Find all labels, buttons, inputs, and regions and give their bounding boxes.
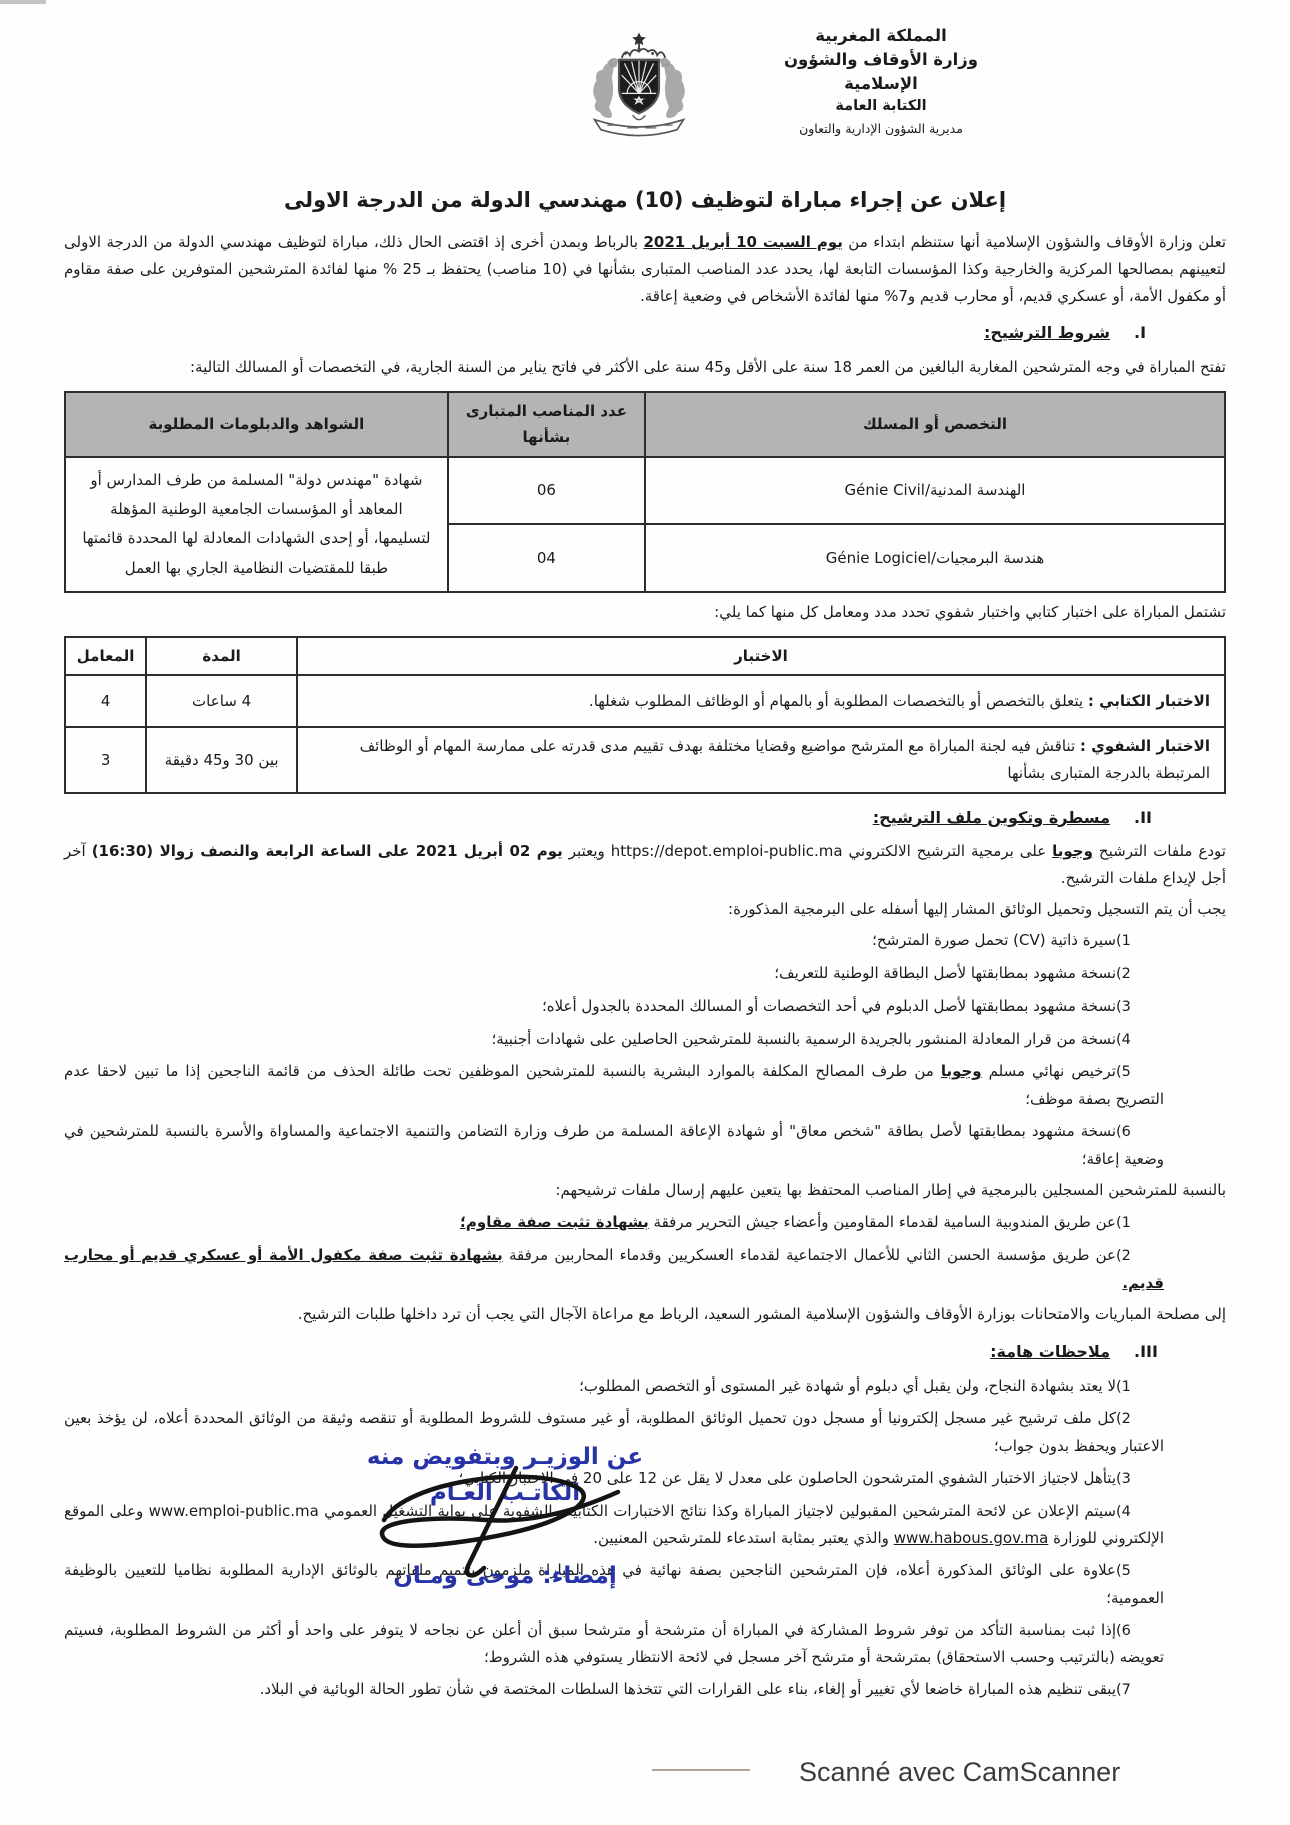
specialty-cell: هندسة البرمجيات/Génie Logiciel bbox=[645, 524, 1225, 592]
exam-desc-cell: الاختبار الكتابي : يتعلق بالتخصص أو بالت… bbox=[297, 675, 1225, 727]
list-item: (7يبقى تنظيم هذه المباراة خاضعا لأي تغيي… bbox=[64, 1676, 1164, 1704]
item-number: (6 bbox=[1116, 1619, 1164, 1645]
posts-cell: 06 bbox=[448, 457, 645, 525]
section-1-heading: .I شروط الترشيح: bbox=[64, 319, 1226, 347]
section-3-number: .III bbox=[1134, 1338, 1164, 1366]
item-number: (2 bbox=[1116, 962, 1164, 988]
section-1-title: شروط الترشيح: bbox=[984, 319, 1110, 347]
section-2-number: .II bbox=[1134, 804, 1164, 832]
signature-delegation-line: عن الوزيـر وبتفويض منه bbox=[328, 1440, 682, 1476]
employment-portal-url: www.emploi-public.ma bbox=[149, 1502, 319, 1520]
col-coef: المعامل bbox=[65, 637, 146, 676]
list-item: (6نسخة مشهود بمطابقتها لأصل بطاقة "شخص م… bbox=[64, 1118, 1164, 1172]
ministry-website-url: www.habous.gov.ma bbox=[894, 1529, 1049, 1547]
directorate-name: مديرية الشؤون الإدارية والتعاون bbox=[748, 120, 1014, 138]
kingdom-name: المملكة المغربية bbox=[748, 24, 1014, 48]
exams-header-row: الاختبار المدة المعامل bbox=[65, 637, 1225, 676]
list-item: (6إذا ثبت بمناسبة التأكد من توفر شروط ال… bbox=[64, 1617, 1164, 1671]
table-row: الاختبار الشفوي : تناقش فيه لجنة المبارا… bbox=[65, 727, 1225, 792]
coef-cell: 4 bbox=[65, 675, 146, 727]
exams-table: الاختبار المدة المعامل الاختبار الكتابي … bbox=[64, 636, 1226, 794]
ministry-name: وزارة الأوقاف والشؤون الإسلامية bbox=[748, 48, 1014, 96]
item-text: عن طريق المندوبية السامية لقدماء المقاوم… bbox=[649, 1213, 1116, 1231]
camscanner-watermark: Scanné avec CamScanner bbox=[799, 1757, 1120, 1788]
item-number: (1 bbox=[1116, 1375, 1164, 1401]
item-text: ترخيص نهائي مسلم bbox=[982, 1062, 1116, 1080]
moroccan-coat-of-arms-icon bbox=[580, 30, 698, 153]
item-emphasis: بشهادة تثبت صفة مقاوم؛ bbox=[460, 1213, 649, 1231]
item-number: (3 bbox=[1116, 1467, 1164, 1493]
intro-paragraph: تعلن وزارة الأوقاف والشؤون الإسلامية أنه… bbox=[64, 229, 1226, 309]
announcement-title: إعلان عن إجراء مباراة لتوظيف (10) مهندسي… bbox=[64, 182, 1226, 219]
duration-cell: 4 ساعات bbox=[146, 675, 297, 727]
section-2-heading: .II مسطرة وتكوين ملف الترشيح: bbox=[64, 804, 1226, 832]
item-text: نسخة من قرار المعادلة المنشور بالجريدة ا… bbox=[491, 1030, 1116, 1048]
item-text: لا يعتد بشهادة النجاح، ولن يقبل أي دبلوم… bbox=[579, 1377, 1116, 1395]
item-number: (4 bbox=[1116, 1500, 1164, 1526]
list-item: (2نسخة مشهود بمطابقتها لأصل البطاقة الوط… bbox=[64, 960, 1164, 988]
exam-desc: يتعلق بالتخصص أو بالتخصصات المطلوبة أو ب… bbox=[589, 692, 1083, 710]
application-portal-url: https://depot.emploi-public.ma bbox=[611, 842, 843, 860]
submission-text: ويعتبر bbox=[563, 842, 611, 860]
eligibility-lead: تفتح المباراة في وجه المترشحين المغاربة … bbox=[64, 354, 1226, 381]
table-row: الهندسة المدنية/Génie Civil 06 شهادة "مه… bbox=[65, 457, 1225, 525]
col-posts: عدد المناصب المتبارى بشأنها bbox=[448, 392, 645, 457]
section-2-title: مسطرة وتكوين ملف الترشيح: bbox=[873, 804, 1110, 832]
duration-cell: بين 30 و45 دقيقة bbox=[146, 727, 297, 792]
exam-date: يوم السبت 10 أبريل 2021 bbox=[643, 233, 842, 251]
signatory-name: إمضاء: موحى ومـان bbox=[328, 1559, 682, 1595]
specialties-header-row: التخصص أو المسلك عدد المناصب المتبارى بش… bbox=[65, 392, 1225, 457]
submission-paragraph: تودع ملفات الترشيح وجوبا على برمجية التر… bbox=[64, 838, 1226, 891]
list-item: (1سيرة ذاتية (CV) تحمل صورة المترشح؛ bbox=[64, 927, 1164, 955]
diplomas-cell: شهادة "مهندس دولة" المسلمة من طرف المدار… bbox=[65, 457, 448, 592]
col-diplomas: الشواهد والدبلومات المطلوبة bbox=[65, 392, 448, 457]
submission-text: على برمجية الترشيح الالكتروني bbox=[843, 842, 1053, 860]
deadline-date: يوم 02 أبريل 2021 على الساعة الرابعة وال… bbox=[92, 842, 563, 860]
exam-label: الاختبار الكتابي : bbox=[1088, 692, 1210, 710]
list-item: (2عن طريق مؤسسة الحسن الثاني للأعمال الا… bbox=[64, 1242, 1164, 1296]
item-number: (4 bbox=[1116, 1028, 1164, 1054]
signature-space bbox=[328, 1511, 682, 1559]
item-number: (2 bbox=[1116, 1407, 1164, 1433]
section-3-heading: .III ملاحظات هامة: bbox=[64, 1338, 1226, 1366]
list-item: (1عن طريق المندوبية السامية لقدماء المقا… bbox=[64, 1209, 1164, 1237]
item-text: عن طريق مؤسسة الحسن الثاني للأعمال الاجت… bbox=[503, 1246, 1116, 1264]
item-number: (1 bbox=[1116, 1211, 1164, 1237]
submission-text: تودع ملفات الترشيح bbox=[1093, 842, 1226, 860]
item-text: إذا ثبت بمناسبة التأكد من توفر شروط المش… bbox=[64, 1621, 1164, 1667]
item-emphasis: وجوبا bbox=[941, 1062, 982, 1080]
exam-label: الاختبار الشفوي : bbox=[1080, 737, 1210, 755]
col-specialty: التخصص أو المسلك bbox=[645, 392, 1225, 457]
item-number: (7 bbox=[1116, 1678, 1164, 1704]
scanned-announcement-page: المملكة المغربية وزارة الأوقاف والشؤون ا… bbox=[0, 0, 1290, 1825]
ministry-letterhead: المملكة المغربية وزارة الأوقاف والشؤون ا… bbox=[748, 24, 1014, 138]
item-text: نسخة مشهود بمطابقتها لأصل الدبلوم في أحد… bbox=[542, 997, 1116, 1015]
posts-cell: 04 bbox=[448, 524, 645, 592]
item-text: يبقى تنظيم هذه المباراة خاضعا لأي تغيير … bbox=[260, 1680, 1116, 1698]
item-number: (5 bbox=[1116, 1559, 1164, 1585]
list-item: (3نسخة مشهود بمطابقتها لأصل الدبلوم في أ… bbox=[64, 993, 1164, 1021]
mandatory-word: وجوبا bbox=[1052, 842, 1093, 860]
exam-desc-cell: الاختبار الشفوي : تناقش فيه لجنة المبارا… bbox=[297, 727, 1225, 792]
signatory-title: الكاتـب العـام bbox=[328, 1476, 682, 1512]
item-number: (3 bbox=[1116, 995, 1164, 1021]
required-documents-list: (1سيرة ذاتية (CV) تحمل صورة المترشح؛ (2ن… bbox=[64, 927, 1226, 1172]
coef-cell: 3 bbox=[65, 727, 146, 792]
mailing-address: إلى مصلحة المباريات والامتحانات بوزارة ا… bbox=[64, 1301, 1226, 1328]
item-text: نسخة مشهود بمطابقتها لأصل بطاقة "شخص معا… bbox=[64, 1122, 1164, 1168]
list-item: (5ترخيص نهائي مسلم وجوبا من طرف المصالح … bbox=[64, 1058, 1164, 1112]
item-text: سيرة ذاتية (CV) تحمل صورة المترشح؛ bbox=[872, 931, 1116, 949]
item-number: (1 bbox=[1116, 929, 1164, 955]
document-header: المملكة المغربية وزارة الأوقاف والشؤون ا… bbox=[64, 24, 1226, 164]
item-text: نسخة مشهود بمطابقتها لأصل البطاقة الوطني… bbox=[774, 964, 1116, 982]
exam-lead: تشتمل المباراة على اختبار كتابي واختبار … bbox=[64, 599, 1226, 626]
intro-text-pre: تعلن وزارة الأوقاف والشؤون الإسلامية أنه… bbox=[843, 233, 1226, 251]
general-secretariat: الكتابة العامة bbox=[748, 96, 1014, 117]
col-exam: الاختبار bbox=[297, 637, 1225, 676]
section-1-number: .I bbox=[1134, 319, 1164, 347]
table-row: الاختبار الكتابي : يتعلق بالتخصص أو بالت… bbox=[65, 675, 1225, 727]
upload-instruction: يجب أن يتم التسجيل وتحميل الوثائق المشار… bbox=[64, 896, 1226, 923]
list-item: (1لا يعتد بشهادة النجاح، ولن يقبل أي دبل… bbox=[64, 1373, 1164, 1401]
specialties-table: التخصص أو المسلك عدد المناصب المتبارى بش… bbox=[64, 391, 1226, 593]
col-duration: المدة bbox=[146, 637, 297, 676]
item-number: (5 bbox=[1116, 1060, 1164, 1086]
list-item: (4نسخة من قرار المعادلة المنشور بالجريدة… bbox=[64, 1026, 1164, 1054]
specialty-cell: الهندسة المدنية/Génie Civil bbox=[645, 457, 1225, 525]
reserved-posts-list: (1عن طريق المندوبية السامية لقدماء المقا… bbox=[64, 1209, 1226, 1296]
reserved-posts-lead: بالنسبة للمترشحين المسجلين بالبرمجية في … bbox=[64, 1177, 1226, 1204]
section-3-title: ملاحظات هامة: bbox=[990, 1338, 1110, 1366]
scan-artifact-line bbox=[652, 1769, 750, 1771]
signature-block: عن الوزيـر وبتفويض منه الكاتـب العـام إم… bbox=[328, 1440, 682, 1595]
item-number: (6 bbox=[1116, 1120, 1164, 1146]
item-number: (2 bbox=[1116, 1244, 1164, 1270]
